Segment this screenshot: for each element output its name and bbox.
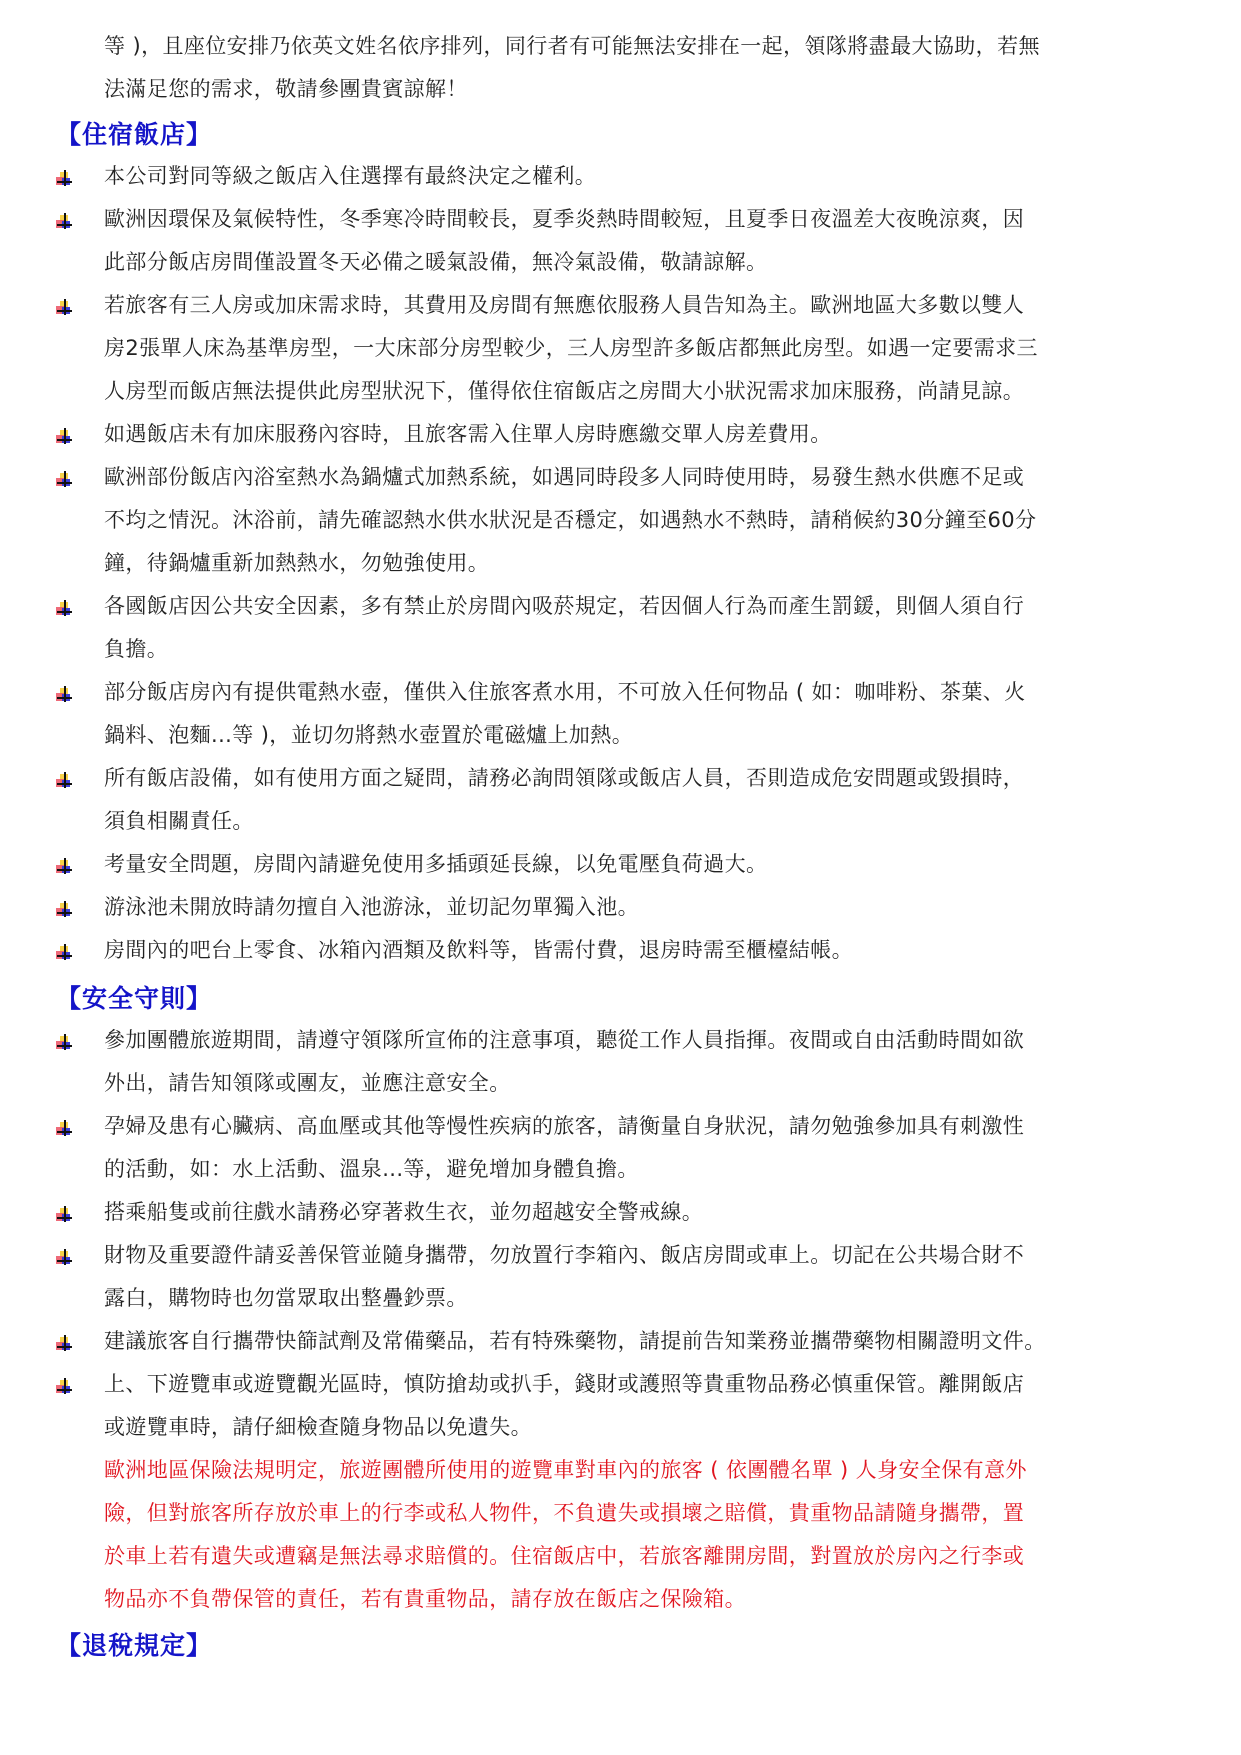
list-item-text: 所有飯店設備，如有使用方面之疑問，請務必詢問領隊或飯店人員，否則造成危安問題或毀… <box>104 757 1184 800</box>
list-item-text: 財物及重要證件請妥善保管並隨身攜帶，勿放置行李箱內、飯店房間或車上。切記在公共場… <box>104 1234 1184 1277</box>
arrow-bullet-icon <box>54 1335 74 1355</box>
arrow-bullet-icon <box>54 1034 74 1054</box>
arrow-bullet-icon <box>54 600 74 620</box>
list-item-text: 本公司對同等級之飯店入住選擇有最終決定之權利。 <box>104 155 1184 198</box>
list-item-text: 房2張單人床為基準房型，一大床部分房型較少，三人房型許多飯店都無此房型。如遇一定… <box>104 327 1184 370</box>
list-item-text: 搭乘船隻或前往戲水請務必穿著救生衣，並勿超越安全警戒線。 <box>104 1191 1184 1234</box>
list-item-text: 不均之情況。沐浴前，請先確認熱水供水狀況是否穩定，如遇熱水不熱時，請稍候約30分… <box>104 499 1184 542</box>
list-item-text: 的活動，如：水上活動、溫泉...等，避免增加身體負擔。 <box>104 1148 1184 1191</box>
arrow-bullet-icon <box>54 1249 74 1269</box>
list-item-text: 須負相關責任。 <box>104 800 1184 843</box>
list-item-text: 歐洲因環保及氣候特性，冬季寒冷時間較長，夏季炎熱時間較短，且夏季日夜溫差大夜晚涼… <box>104 198 1184 241</box>
arrow-bullet-icon <box>54 428 74 448</box>
insurance-notice-line: 歐洲地區保險法規明定，旅遊團體所使用的遊覽車對車內的旅客 ( 依團體名單 ) 人… <box>104 1449 1184 1492</box>
intro-line: 等 )，且座位安排乃依英文姓名依序排列，同行者有可能無法安排在一起，領隊將盡最大… <box>104 25 1184 68</box>
arrow-bullet-icon <box>54 1378 74 1398</box>
arrow-bullet-icon <box>54 858 74 878</box>
list-item-text: 負擔。 <box>104 628 1184 671</box>
section-heading-hotel: 【住宿飯店】 <box>56 113 212 156</box>
list-item-text: 外出，請告知領隊或團友，並應注意安全。 <box>104 1062 1184 1105</box>
arrow-bullet-icon <box>54 1120 74 1140</box>
list-item-text: 人房型而飯店無法提供此房型狀況下，僅得依住宿飯店之房間大小狀況需求加床服務，尚請… <box>104 370 1184 413</box>
section-heading-tax-refund: 【退稅規定】 <box>56 1624 212 1667</box>
list-item-text: 上、下遊覽車或遊覽觀光區時，慎防搶劫或扒手，錢財或護照等貴重物品務必慎重保管。離… <box>104 1363 1184 1406</box>
arrow-bullet-icon <box>54 213 74 233</box>
list-item-text: 鍋料、泡麵...等 )，並切勿將熱水壺置於電磁爐上加熱。 <box>104 714 1184 757</box>
list-item-text: 游泳池未開放時請勿擅自入池游泳，並切記勿單獨入池。 <box>104 886 1184 929</box>
arrow-bullet-icon <box>54 686 74 706</box>
list-item-text: 各國飯店因公共安全因素，多有禁止於房間內吸菸規定，若因個人行為而產生罰鍰，則個人… <box>104 585 1184 628</box>
list-item-text: 歐洲部份飯店內浴室熱水為鍋爐式加熱系統，如遇同時段多人同時使用時，易發生熱水供應… <box>104 456 1184 499</box>
list-item-text: 此部分飯店房間僅設置冬天必備之暖氣設備，無冷氣設備，敬請諒解。 <box>104 241 1184 284</box>
list-item-text: 建議旅客自行攜帶快篩試劑及常備藥品，若有特殊藥物，請提前告知業務並攜帶藥物相關證… <box>104 1320 1184 1363</box>
list-item-text: 露白，購物時也勿當眾取出整疊鈔票。 <box>104 1277 1184 1320</box>
list-item-text: 部分飯店房內有提供電熱水壺，僅供入住旅客煮水用，不可放入任何物品 ( 如：咖啡粉… <box>104 671 1184 714</box>
arrow-bullet-icon <box>54 772 74 792</box>
list-item-text: 孕婦及患有心臟病、高血壓或其他等慢性疾病的旅客，請衡量自身狀況，請勿勉強參加具有… <box>104 1105 1184 1148</box>
arrow-bullet-icon <box>54 1206 74 1226</box>
arrow-bullet-icon <box>54 299 74 319</box>
arrow-bullet-icon <box>54 901 74 921</box>
list-item-text: 如遇飯店未有加床服務內容時，且旅客需入住單人房時應繳交單人房差費用。 <box>104 413 1184 456</box>
list-item-text: 鐘，待鍋爐重新加熱熱水，勿勉強使用。 <box>104 542 1184 585</box>
list-item-text: 若旅客有三人房或加床需求時，其費用及房間有無應依服務人員告知為主。歐洲地區大多數… <box>104 284 1184 327</box>
insurance-notice-line: 物品亦不負帶保管的責任，若有貴重物品，請存放在飯店之保險箱。 <box>104 1578 1184 1621</box>
section-heading-safety: 【安全守則】 <box>56 977 212 1020</box>
insurance-notice-line: 於車上若有遺失或遭竊是無法尋求賠償的。住宿飯店中，若旅客離開房間，對置放於房內之… <box>104 1535 1184 1578</box>
intro-line: 法滿足您的需求，敬請參團貴賓諒解！ <box>104 68 1184 111</box>
list-item-text: 考量安全問題，房間內請避免使用多插頭延長線，以免電壓負荷過大。 <box>104 843 1184 886</box>
arrow-bullet-icon <box>54 170 74 190</box>
list-item-text: 或遊覽車時，請仔細檢查隨身物品以免遺失。 <box>104 1406 1184 1449</box>
insurance-notice-line: 險，但對旅客所存放於車上的行李或私人物件，不負遺失或損壞之賠償，貴重物品請隨身攜… <box>104 1492 1184 1535</box>
list-item-text: 房間內的吧台上零食、冰箱內酒類及飲料等，皆需付費，退房時需至櫃檯結帳。 <box>104 929 1184 972</box>
arrow-bullet-icon <box>54 471 74 491</box>
list-item-text: 參加團體旅遊期間，請遵守領隊所宣佈的注意事項，聽從工作人員指揮。夜間或自由活動時… <box>104 1019 1184 1062</box>
arrow-bullet-icon <box>54 944 74 964</box>
